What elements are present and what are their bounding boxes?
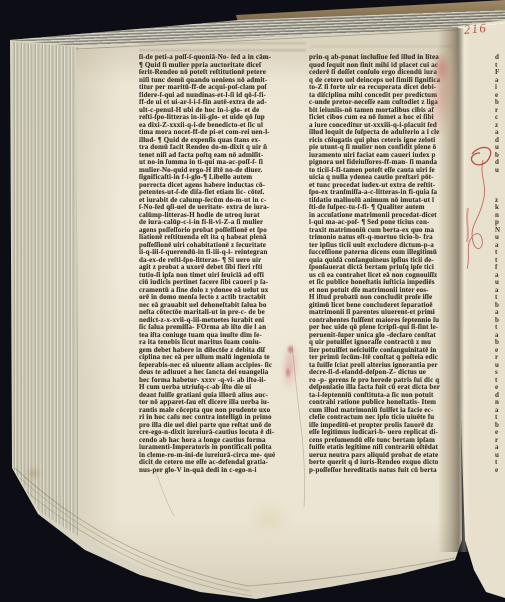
- text-line: nus-per glo-V in-quā dedi in c-ego-n-i: [139, 467, 309, 475]
- discoloration-spot: [248, 503, 292, 533]
- edge-letter: [495, 174, 505, 182]
- red-speck: [287, 345, 294, 354]
- show-through-text: [139, 42, 306, 54]
- text-column-left: ſi-de peti-a poſſ-ſ-quoniā-No- ſed a in …: [139, 54, 309, 477]
- facing-page-text-edge: dtFaiebrczadubduzknpNuattfauatbabtaberus…: [495, 54, 505, 477]
- show-through-text: [310, 45, 454, 52]
- folio-number: 216: [463, 19, 505, 41]
- red-ink-stain-core: [433, 52, 449, 84]
- red-speck: [285, 367, 291, 378]
- text-line: p-poſſeſſor hereditatis natus fuit cū be…: [309, 467, 458, 475]
- edge-letter: [495, 182, 505, 190]
- edge-letter: e: [495, 467, 505, 475]
- foxing-spot: [26, 468, 41, 479]
- edge-letter: u: [495, 167, 505, 175]
- incunabulum-photo: ſi-de peti-a poſſ-ſ-quoniā-No- ſed a in …: [0, 0, 505, 602]
